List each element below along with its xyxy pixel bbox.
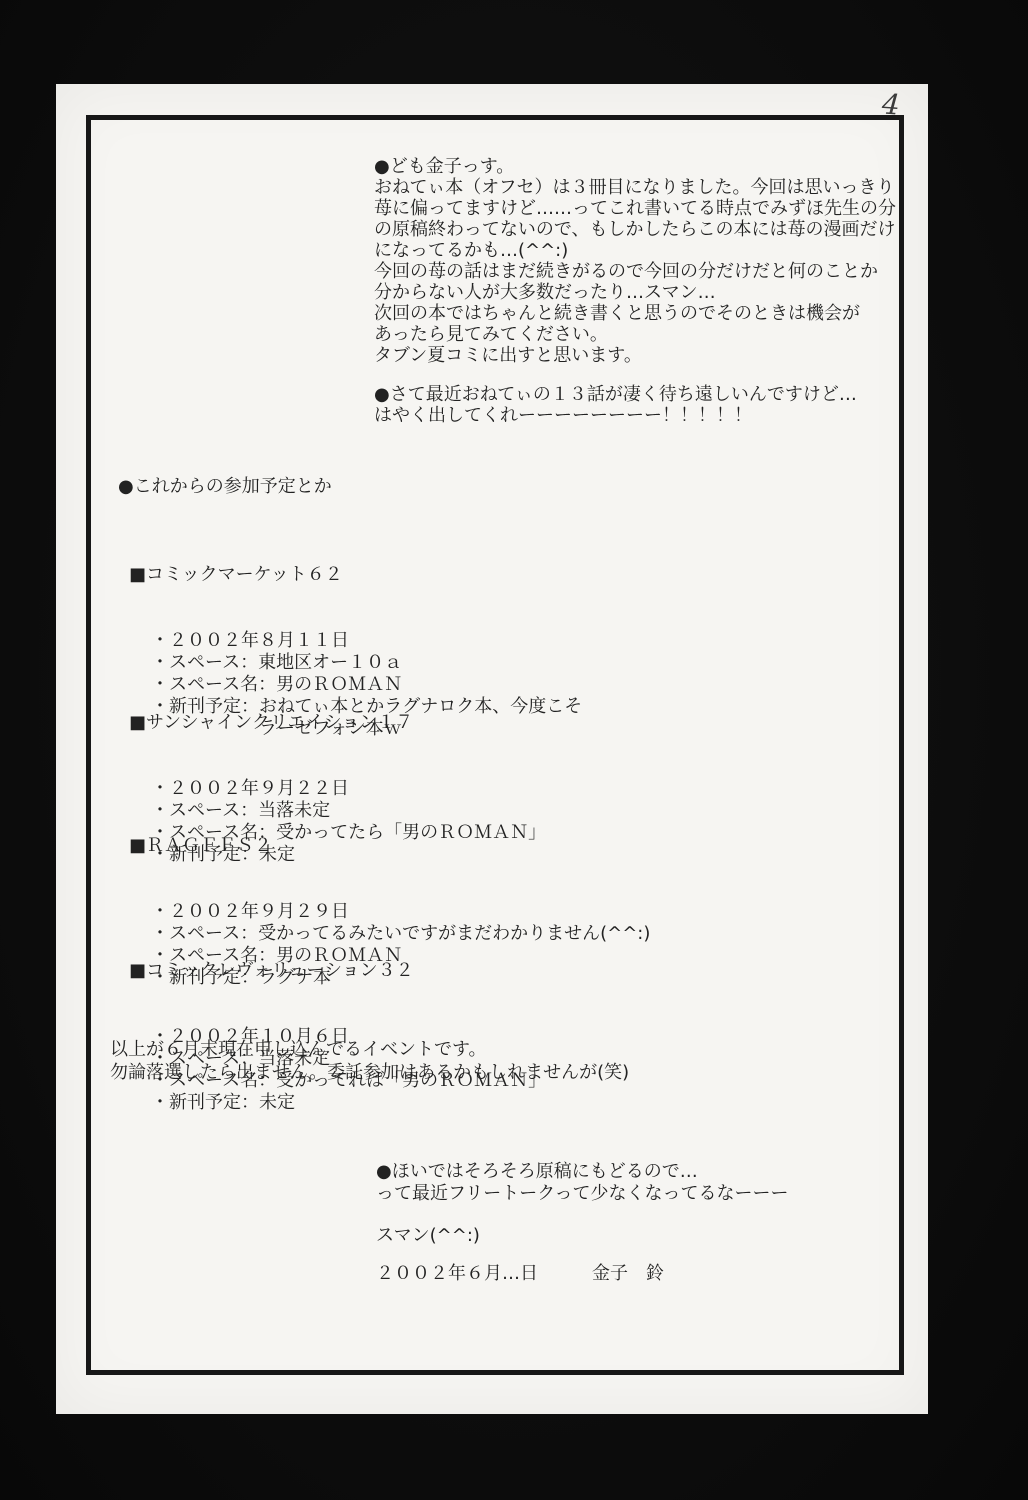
text-line: タブン夏コミに出すと思います。 [374,345,896,366]
doujin-page: 4 ●ども金子っす。おねてぃ本（オフセ）は３冊目になりました。今回は思いっきり苺… [56,84,928,1414]
text-line: 勿論落選したら出ません。委託参加はあるかもしれませんが(笑) [110,1061,629,1084]
text-line: の原稿終わってないので、もしかしたらこの本には苺の漫画だけ [374,219,896,240]
text-line: おねてぃ本（オフセ）は３冊目になりました。今回は思いっきり [374,177,896,198]
text-line: になってるかも…(^^:) [374,240,896,261]
text-line: ・２００２年８月１１日 [151,630,582,652]
text-line: 苺に偏ってますけど……ってこれ書いてる時点でみずほ先生の分 [374,198,896,219]
schedule-footer-note: 以上が６月末現在申し込んでるイベントです。勿論落選したら出ません。委託参加はある… [110,1038,629,1084]
text-line: ●ほいではそろそろ原稿にもどるので… [376,1161,789,1183]
text-line: って最近フリートークって少なくなってるなーーー [376,1183,789,1205]
event-title: ■コミックレヴォリューション３２ [129,960,546,982]
text-line: 分からない人が大多数だったり…スマン… [374,282,896,303]
event-title: ■サンシャインクリエイション１７ [129,712,546,734]
apology-line: スマン(^^:) [376,1225,480,1247]
onegai-episode13-comment: ●さて最近おねてぃの１３話が凄く待ち遠しいんですけど…はやく出してくれーーーーー… [374,384,857,426]
text-line: はやく出してくれーーーーーーーー！！！！！ [374,405,857,426]
text-line: あったら見てみてください。 [374,324,896,345]
closing-paragraph: ●ほいではそろそろ原稿にもどるので…って最近フリートークって少なくなってるなーー… [376,1161,789,1205]
text-line: ●さて最近おねてぃの１３話が凄く待ち遠しいんですけど… [374,384,857,405]
event-title: ■ＲＡＧＦＥＳ２ [129,835,650,857]
text-line: ●ども金子っす。 [374,156,896,177]
text-line: ・新刊予定：未定 [151,1092,546,1114]
event-title: ■コミックマーケット６２ [129,564,582,586]
intro-paragraph: ●ども金子っす。おねてぃ本（オフセ）は３冊目になりました。今回は思いっきり苺に偏… [374,156,896,366]
text-line: 次回の本ではちゃんと続き書くと思うのでそのときは機会が [374,303,896,324]
scan-background: 4 ●ども金子っす。おねてぃ本（オフセ）は３冊目になりました。今回は思いっきり苺… [0,0,1028,1500]
event-comic-revolution-32: ■コミックレヴォリューション３２ ・２００２年１０月６日・スペース：当落未定・ス… [129,916,546,1158]
text-line: 今回の苺の話はまだ続きがるので今回の分だけだと何のことか [374,261,896,282]
schedule-heading: ●これからの参加予定とか [118,476,332,498]
date-signature: ２００２年６月…日 金子 鈴 [376,1263,664,1285]
text-line: 以上が６月末現在申し込んでるイベントです。 [110,1038,629,1061]
